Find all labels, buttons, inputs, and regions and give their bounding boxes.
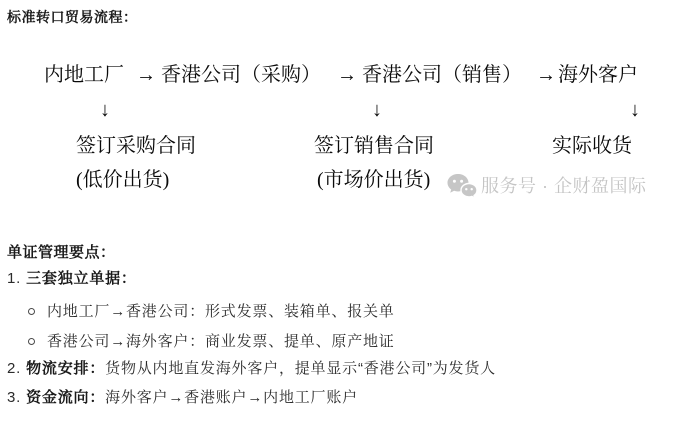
watermark-account-label: 服务号 · 企财盈国际 [481,177,647,195]
note-item-documents: 1.三套独立单据： [7,271,137,286]
item-number: 1. [7,270,21,287]
flow-node-mainland-factory: 内地工厂 [44,65,124,85]
item-head: 三套独立单据： [26,270,137,287]
flow-node-hk-company-purchase: 香港公司（采购） [161,65,321,85]
circle-bullet-icon [28,338,35,345]
right-arrow-icon: → [337,65,357,85]
step-sublabel-market-price: (市场价出货) [317,170,430,190]
article-page: 标准转口贸易流程： 内地工厂 → 香港公司（采购） → 香港公司（销售） → 海… [0,0,684,424]
circle-bullet-icon [28,308,35,315]
note-item-logistics: 2.物流安排：货物从内地直发海外客户，提单显示“香港公司”为发货人 [7,361,496,376]
item-text: 海外客户→香港账户→内地工厂账户 [105,389,358,406]
item-head: 资金流向： [26,389,105,406]
flow-node-overseas-customer: 海外客户 [558,65,638,85]
step-sublabel-low-price: (低价出货) [76,170,169,190]
down-arrow-icon: ↓ [630,100,640,120]
item-text: 货物从内地直发海外客户，提单显示“香港公司”为发货人 [105,360,496,377]
step-label-purchase-contract: 签订采购合同 [76,136,196,156]
bullet-hk-to-overseas: 香港公司→海外客户：商业发票、提单、原产地证 [47,334,395,349]
item-head: 物流安排： [26,360,105,377]
step-label-actual-receipt: 实际收货 [552,136,632,156]
right-arrow-icon: → [536,65,556,85]
item-number: 3. [7,389,21,406]
bullet-factory-to-hk: 内地工厂→香港公司：形式发票、装箱单、报关单 [47,304,395,319]
right-arrow-icon: → [136,65,156,85]
notes-section-title: 单证管理要点： [7,245,116,260]
down-arrow-icon: ↓ [100,100,110,120]
note-item-cash-flow: 3.资金流向：海外客户→香港账户→内地工厂账户 [7,390,358,405]
flow-section-title: 标准转口贸易流程： [7,10,138,24]
down-arrow-icon: ↓ [372,100,382,120]
step-label-sales-contract: 签订销售合同 [314,136,434,156]
item-number: 2. [7,360,21,377]
wechat-logo-icon [446,172,478,200]
flow-node-hk-company-sales: 香港公司（销售） [362,65,522,85]
